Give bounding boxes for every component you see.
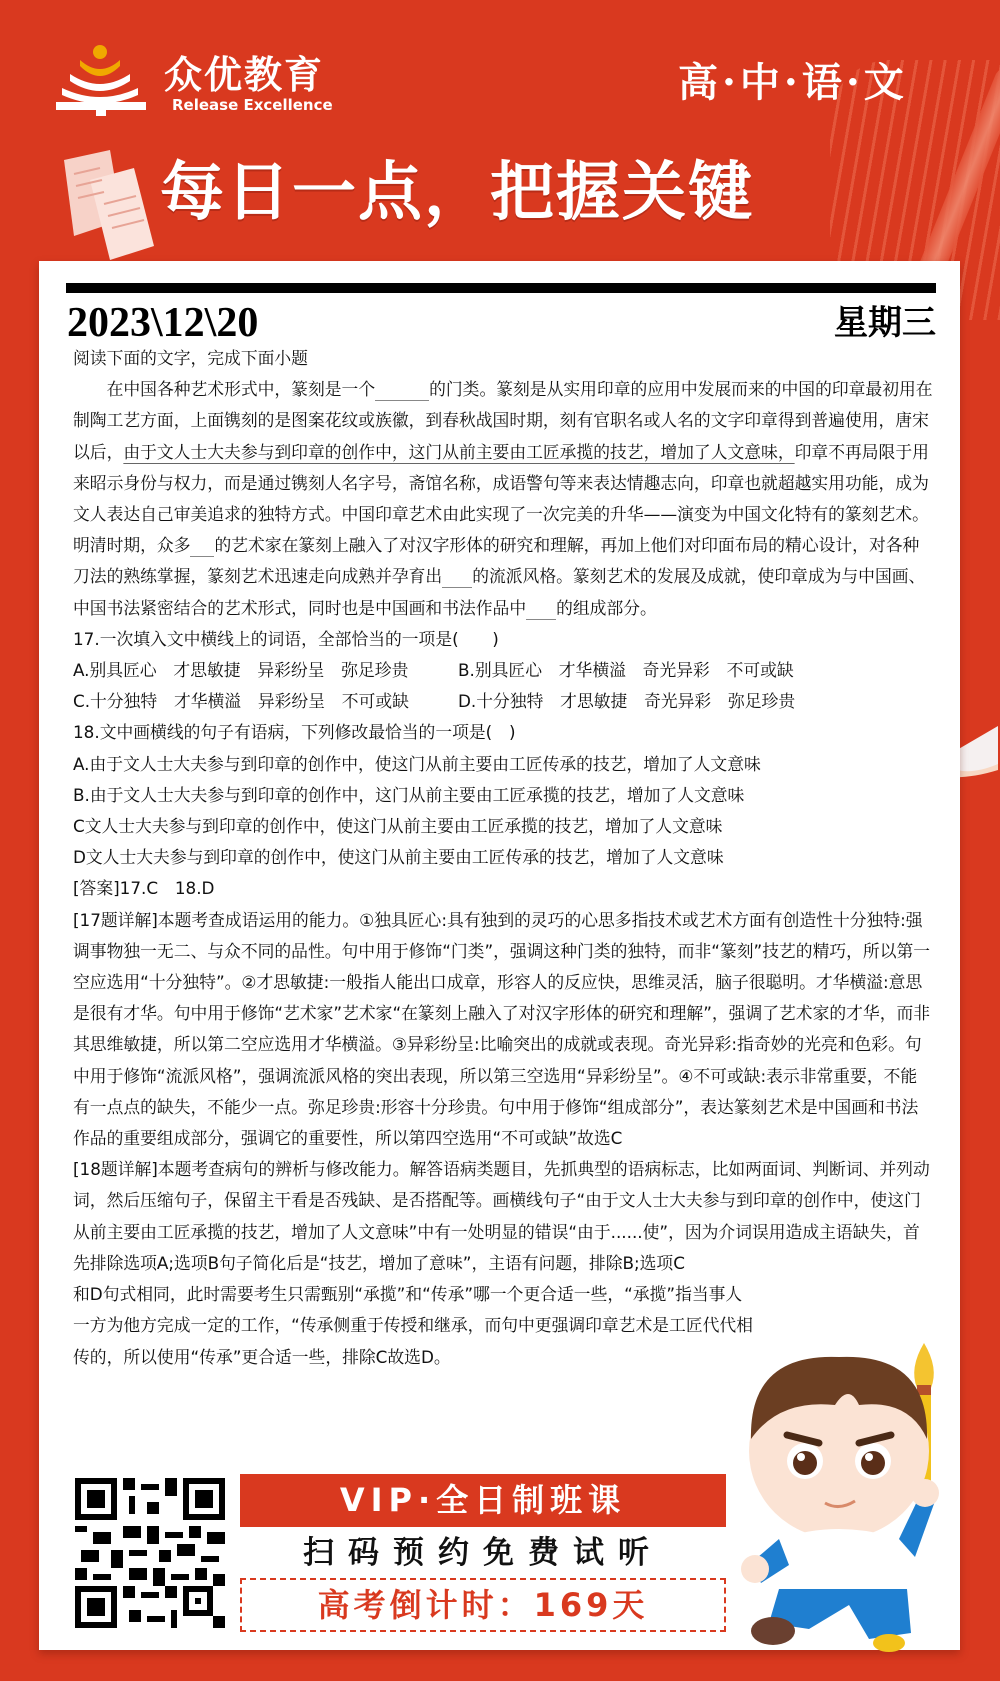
option-17-d: D.十分独特 才思敏捷 奇光异彩 弥足珍贵 [458,686,795,717]
question-17-stem: 17.一次填入文中横线上的词语，全部恰当的一项是( ) [73,624,933,655]
card-top-rule [66,283,936,293]
countdown-label: 高考倒计时： [318,1586,534,1624]
instruction-text: 阅读下面的文字，完成下面小题 [73,343,933,374]
option-18-c: C文人士大夫参与到印章的创作中，使这门从前主要由工匠承揽的技艺，增加了人文意味 [73,811,933,842]
weekday-label: 星期三 [834,297,936,349]
date-label: 2023\12\20 [67,297,258,349]
option-17-b: B.别具匠心 才华横溢 奇光异彩 不可或缺 [458,655,794,686]
option-17-a: A.别具匠心 才思敏捷 异彩纷呈 弥足珍贵 [73,655,458,686]
countdown-value: 169天 [534,1586,649,1624]
paper-sheets-icon [60,150,160,260]
vip-class-banner: VIP·全日制班课 [240,1474,726,1527]
option-17-c: C.十分独特 才华横溢 异彩纷呈 不可或缺 [73,686,458,717]
answer-text: [答案]17.C 18.D [73,873,933,904]
fill-blank-3 [442,569,472,588]
content-card: 2023\12\20 星期三 阅读下面的文字，完成下面小题 在中国各种艺术形式中… [39,261,960,1650]
fill-blank-4 [526,600,556,619]
explanation-18: [18题详解]本题考查病句的辨析与修改能力。解答语病类题目，先抓典型的语病标志，… [73,1154,933,1279]
option-18-b: B.由于文人士大夫参与到印章的创作中，这门从前主要由工匠承揽的技艺，增加了人文意… [73,780,933,811]
scan-to-book-label: 扫码预约免费试听 [240,1533,726,1573]
subject-title: 高·中·语·文 [678,58,908,108]
passage-text: 在中国各种艺术形式中，篆刻是一个 [107,379,376,399]
brand-logo-icon [56,44,176,116]
qr-code-icon[interactable] [75,1478,225,1628]
article-content: 阅读下面的文字，完成下面小题 在中国各种艺术形式中，篆刻是一个的门类。篆刻是从实… [73,343,933,1373]
brand-name-cn: 众优教育 [164,54,324,96]
question-17-options-row: A.别具匠心 才思敏捷 异彩纷呈 弥足珍贵 B.别具匠心 才华横溢 奇光异彩 不… [73,655,933,686]
passage-paragraph: 在中国各种艺术形式中，篆刻是一个的门类。篆刻是从实用印章的应用中发展而来的中国的… [73,374,933,624]
brand-name-en: Release Excellence [172,96,333,114]
passage-text: 的组成部分。 [556,598,657,618]
option-18-d: D文人士大夫参与到印章的创作中，使这门从前主要由工匠传承的技艺，增加了人文意味 [73,842,933,873]
underlined-sentence: 由于文人士大夫参与到印章的创作中，这门从前主要由工匠承揽的技艺，增加了人文意味， [123,442,794,462]
mascot-boy-with-brush-icon [739,1343,959,1653]
question-17-options-row: C.十分独特 才华横溢 异彩纷呈 不可或缺 D.十分独特 才思敏捷 奇光异彩 弥… [73,686,933,717]
option-18-a: A.由于文人士大夫参与到印章的创作中，使这门从前主要由工匠传承的技艺，增加了人文… [73,749,933,780]
exam-countdown-box: 高考倒计时：169天 [240,1578,726,1632]
fill-blank-1 [375,382,429,401]
explanation-18-continued: 和D句式相同，此时需要考生只需甄别“承揽”和“传承”哪一个更合适一些，“承揽”指… [73,1279,753,1373]
question-18-stem: 18.文中画横线的句子有语病，下列修改最恰当的一项是( ) [73,717,933,748]
slogan-headline: 每日一点，把握关键 [160,148,754,238]
explanation-17: [17题详解]本题考查成语运用的能力。①独具匠心:具有独到的灵巧的心思多指技术或… [73,905,933,1155]
fill-blank-2 [190,538,214,557]
